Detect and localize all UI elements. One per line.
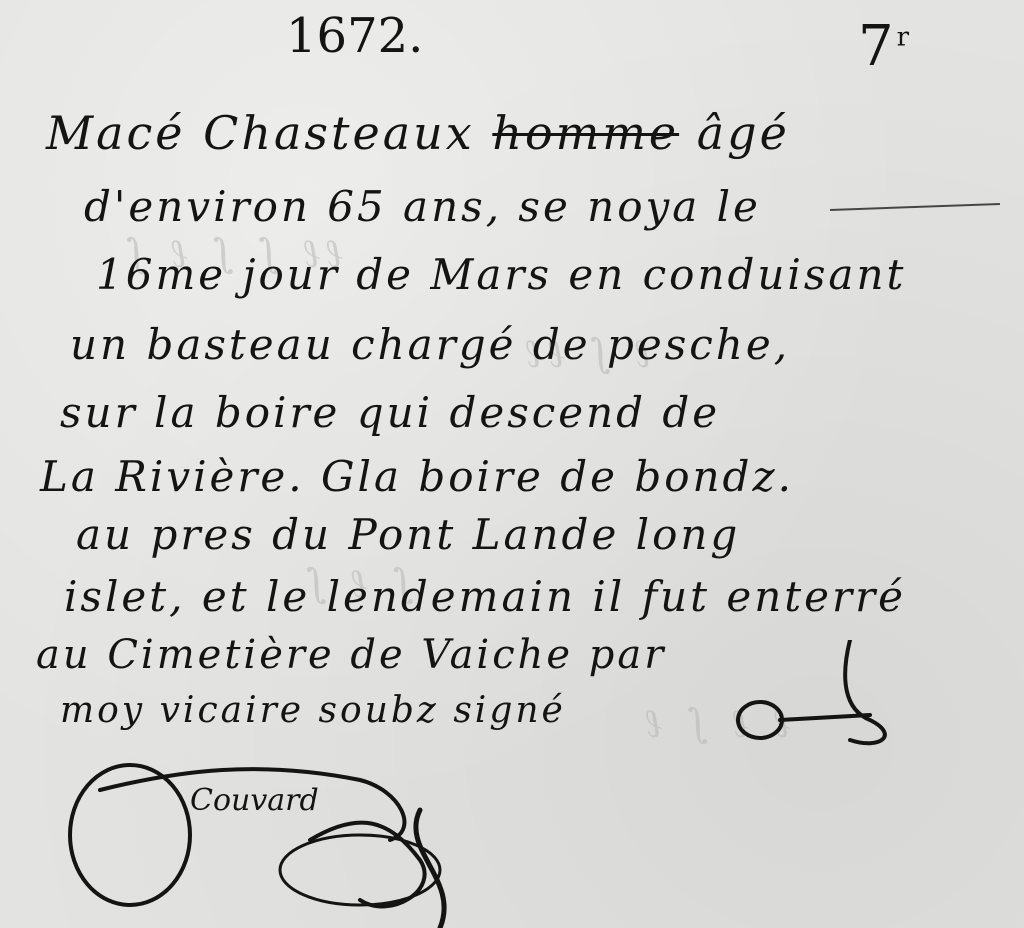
struck-word: homme: [492, 106, 679, 160]
entry-line-7: au pres du Pont Lande long: [76, 510, 740, 559]
deceased-name: Macé Chasteaux: [46, 106, 475, 160]
entry-line-6: La Rivière. Gla boire de bondz.: [40, 452, 794, 501]
svg-text:Couvard: Couvard: [190, 783, 319, 818]
paraph-flourish: [730, 640, 910, 750]
year-heading: 1672.: [286, 8, 423, 64]
entry-line-2: d'environ 65 ans, se noya le: [84, 182, 761, 231]
folio-number: 7r: [858, 14, 912, 79]
entry-line-3: 16me jour de Mars en conduisant: [96, 250, 906, 299]
signature-flourish: Couvard: [60, 720, 620, 928]
entry-line-9: au Cimetière de Vaiche par: [36, 632, 666, 678]
entry-line-5: sur la boire qui descend de: [60, 388, 720, 437]
manuscript-page: ℓℓ ∫ ∫ ℓ ∫ ℓ ∫ ℓℓ ∫ ℓ ∫ ℓ ℓ ∫ ℓ 1672. 7r…: [0, 0, 1024, 928]
entry-line-1: Macé Chasteaux homme âgé: [46, 106, 790, 160]
entry-line-8: islet, et le lendemain il fut enterré: [64, 572, 906, 621]
line-filler: [830, 203, 1000, 211]
entry-line-4: un basteau chargé de pesche,: [70, 320, 790, 369]
